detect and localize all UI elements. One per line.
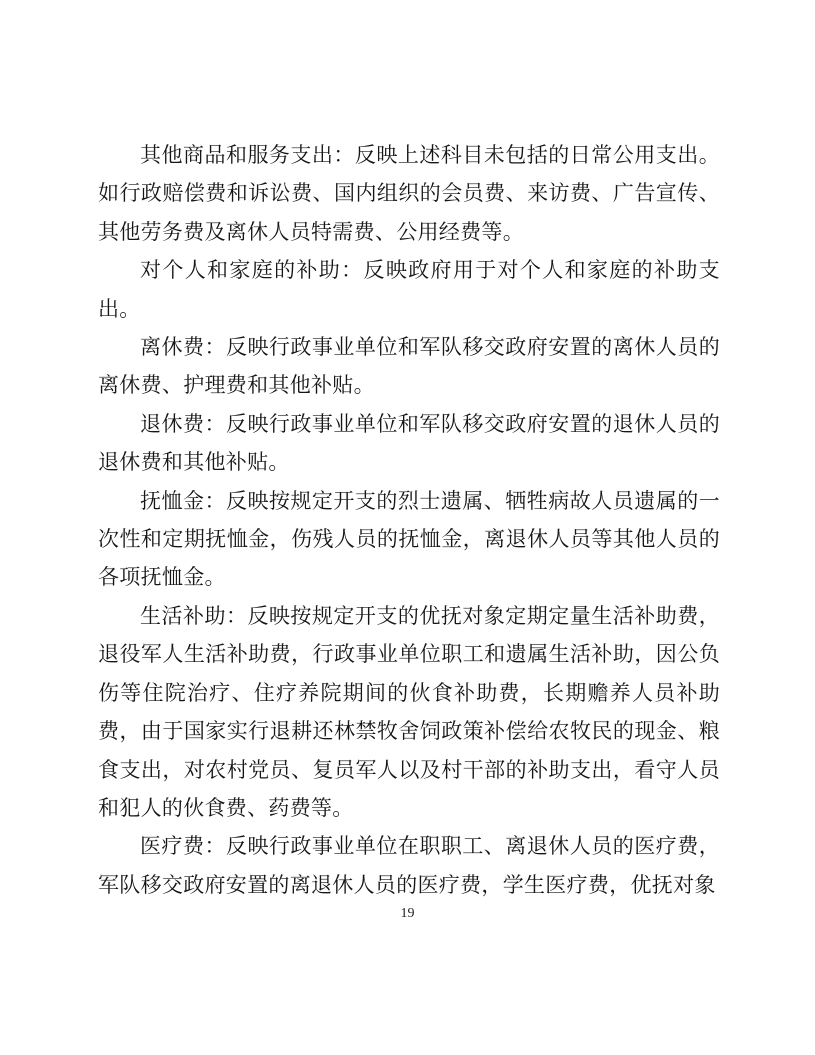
paragraph-living-allowance: 生活补助：反映按规定开支的优抚对象定期定量生活补助费，退役军人生活补助费，行政事… [98,597,720,827]
document-page: 其他商品和服务支出：反映上述科目未包括的日常公用支出。如行政赔偿费和诉讼费、国内… [0,0,815,1055]
paragraph-subsidies-individuals-families: 对个人和家庭的补助：反映政府用于对个人和家庭的补助支出。 [98,251,720,328]
page-number: 19 [0,906,815,922]
document-body: 其他商品和服务支出：反映上述科目未包括的日常公用支出。如行政赔偿费和诉讼费、国内… [98,136,720,904]
paragraph-lixiu-fee: 离休费：反映行政事业单位和军队移交政府安置的离休人员的离休费、护理费和其他补贴。 [98,328,720,405]
paragraph-other-goods-and-services: 其他商品和服务支出：反映上述科目未包括的日常公用支出。如行政赔偿费和诉讼费、国内… [98,136,720,251]
paragraph-pension-compensation: 抚恤金：反映按规定开支的烈士遗属、牺牲病故人员遗属的一次性和定期抚恤金，伤残人员… [98,482,720,597]
paragraph-medical-fee: 医疗费：反映行政事业单位在职职工、离退休人员的医疗费，军队移交政府安置的离退休人… [98,827,720,904]
paragraph-retirement-fee: 退休费：反映行政事业单位和军队移交政府安置的退休人员的退休费和其他补贴。 [98,405,720,482]
